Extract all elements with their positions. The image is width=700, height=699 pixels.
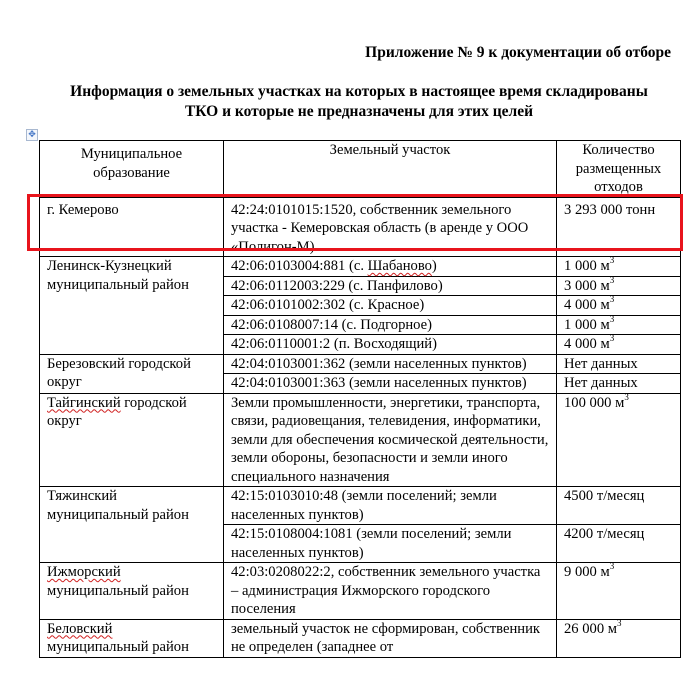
amount-cell: 1 000 м3 [557,257,681,277]
plot-cell: 42:06:0103004:881 (с. Шабаново) [224,257,557,277]
amount-cell: 3 293 000 тонн [557,197,681,257]
table-move-handle-icon[interactable]: ✥ [26,129,38,141]
misspelled-word: Беловский [47,621,112,637]
table-row: г. Кемерово 42:24:0101015:1520, собствен… [40,197,681,257]
table-row: Ижморскиймуниципальный район 42:03:02080… [40,563,681,620]
table-row: Тяжинский муниципальный район 42:15:0103… [40,487,681,525]
table-row: Тайгинский городской округ Земли промышл… [40,393,681,487]
municipality-cell: г. Кемерово [40,197,224,257]
table-row: Беловскиймуниципальный район земельный у… [40,619,681,657]
land-plots-table: Муниципальное образование Земельный учас… [39,140,681,658]
plot-cell: 42:04:0103001:363 (земли населенных пунк… [224,374,557,394]
plot-cell: 42:06:0101002:302 (с. Красное) [224,296,557,316]
appendix-label: Приложение № 9 к документации об отборе [365,44,671,62]
plot-cell: 42:03:0208022:2, собственник земельного … [224,563,557,620]
amount-cell: 1 000 м3 [557,315,681,335]
municipality-cell: Тайгинский городской округ [40,393,224,487]
amount-cell: 3 000 м3 [557,276,681,296]
title-line-2: ТКО и которые не предназначены для этих … [0,102,700,122]
municipality-cell: Ленинск-Кузнецкий муниципальный район [40,257,224,355]
amount-cell: 26 000 м3 [557,619,681,657]
municipality-cell: Беловскиймуниципальный район [40,619,224,657]
table-row: Березовский городской округ 42:04:010300… [40,354,681,374]
title-line-1: Информация о земельных участках на котор… [0,82,700,102]
amount-cell: 9 000 м3 [557,563,681,620]
table-row: Ленинск-Кузнецкий муниципальный район 42… [40,257,681,277]
amount-cell: Нет данных [557,354,681,374]
plot-cell: 42:06:0108007:14 (с. Подгорное) [224,315,557,335]
amount-cell: 100 000 м3 [557,393,681,487]
plot-cell: 42:15:0108004:1081 (земли поселений; зем… [224,525,557,563]
plot-cell: 42:06:0110001:2 (п. Восходящий) [224,335,557,355]
table-header-row: Муниципальное образование Земельный учас… [40,141,681,198]
document-title: Информация о земельных участках на котор… [0,82,700,122]
amount-cell: 4 000 м3 [557,335,681,355]
amount-cell: Нет данных [557,374,681,394]
municipality-cell: Тяжинский муниципальный район [40,487,224,563]
plot-cell: Земли промышленности, энергетики, трансп… [224,393,557,487]
plot-cell: 42:06:0112003:229 (с. Панфилово) [224,276,557,296]
plot-cell: 42:15:0103010:48 (земли поселений; земли… [224,487,557,525]
plot-cell: 42:04:0103001:362 (земли населенных пунк… [224,354,557,374]
amount-cell: 4500 т/месяц [557,487,681,525]
header-land-plot: Земельный участок [224,141,557,198]
amount-cell: 4200 т/месяц [557,525,681,563]
misspelled-word: Тайгинский [47,395,121,411]
misspelled-word: Ижморский [47,564,121,580]
plot-cell: земельный участок не сформирован, собств… [224,619,557,657]
misspelled-word: Шабаново [368,258,432,274]
plot-cell: 42:24:0101015:1520, собственник земельно… [224,197,557,257]
municipality-cell: Березовский городской округ [40,354,224,393]
header-waste-amount: Количество размещенных отходов [557,141,681,198]
amount-cell: 4 000 м3 [557,296,681,316]
municipality-cell: Ижморскиймуниципальный район [40,563,224,620]
header-municipality: Муниципальное образование [40,141,224,198]
